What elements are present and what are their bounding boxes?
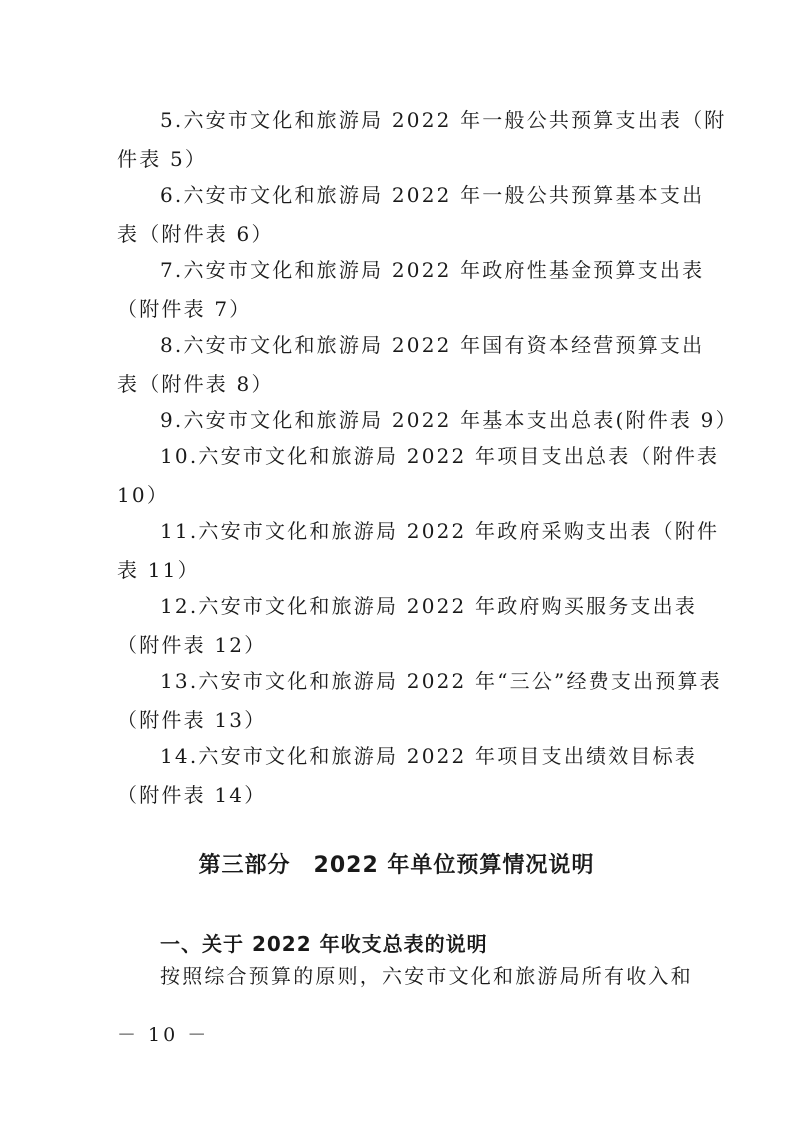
list-item-11-line-1: 11.六安市文化和旅游局 2022 年政府采购支出表（附件 [160,518,720,544]
part-heading: 第三部分 2022 年单位预算情况说明 [0,848,793,879]
list-item-11-line-2: 表 11） [117,557,677,583]
list-item-14-line-2: （附件表 14） [117,782,677,808]
list-item-14-line-1: 14.六安市文化和旅游局 2022 年项目支出绩效目标表 [160,743,720,769]
list-item-10-line-2: 10） [117,482,677,508]
list-item-7-line-2: （附件表 7） [117,296,677,322]
list-item-9-line-1: 9.六安市文化和旅游局 2022 年基本支出总表(附件表 9） [160,407,720,433]
list-item-12-line-2: （附件表 12） [117,632,677,658]
list-item-8-line-1: 8.六安市文化和旅游局 2022 年国有资本经营预算支出 [160,332,720,358]
list-item-5-line-1: 5.六安市文化和旅游局 2022 年一般公共预算支出表（附 [160,107,720,133]
page-number: － 10 － [117,1020,209,1047]
list-item-13-line-1: 13.六安市文化和旅游局 2022 年“三公”经费支出预算表 [160,668,720,694]
document-page: 5.六安市文化和旅游局 2022 年一般公共预算支出表（附 件表 5） 6.六安… [0,0,793,1122]
list-item-6-line-1: 6.六安市文化和旅游局 2022 年一般公共预算基本支出 [160,182,720,208]
list-item-5-line-2: 件表 5） [117,146,677,172]
list-item-6-line-2: 表（附件表 6） [117,221,677,247]
list-item-10-line-1: 10.六安市文化和旅游局 2022 年项目支出总表（附件表 [160,443,720,469]
body-paragraph: 按照综合预算的原则，六安市文化和旅游局所有收入和 [160,963,720,989]
list-item-12-line-1: 12.六安市文化和旅游局 2022 年政府购买服务支出表 [160,593,720,619]
list-item-8-line-2: 表（附件表 8） [117,371,677,397]
list-item-7-line-1: 7.六安市文化和旅游局 2022 年政府性基金预算支出表 [160,257,720,283]
section-heading: 一、关于 2022 年收支总表的说明 [160,928,488,957]
list-item-13-line-2: （附件表 13） [117,707,677,733]
